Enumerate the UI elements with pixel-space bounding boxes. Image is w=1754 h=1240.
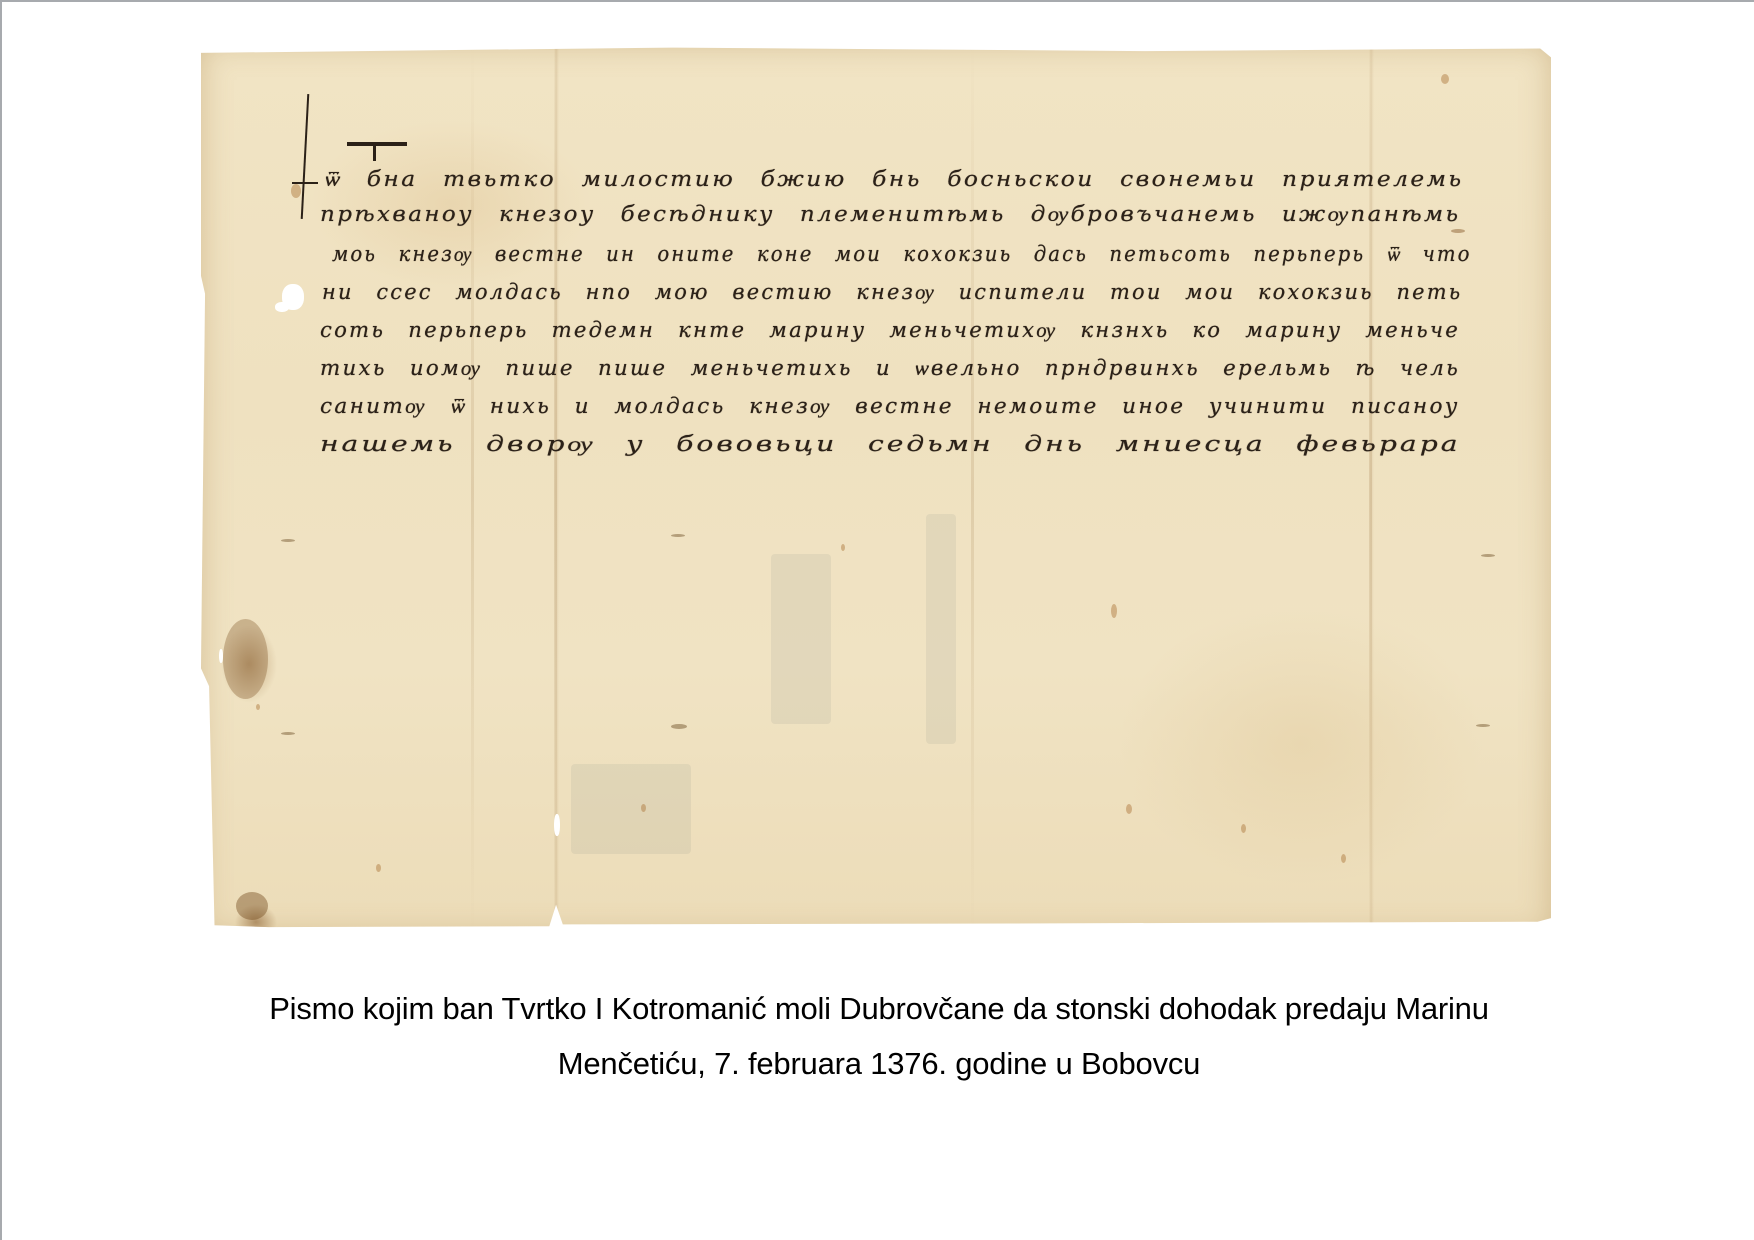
- caption-line-1: Pismo kojim ban Tvrtko I Kotromanić moli…: [2, 991, 1754, 1027]
- fleck: [1476, 724, 1490, 727]
- fleck: [641, 804, 646, 812]
- manuscript-line: нашемь дворѹ у бововьци седьмн днь мниес…: [320, 432, 1461, 457]
- fleck: [281, 732, 295, 735]
- parchment-hole: [275, 302, 289, 312]
- fleck: [376, 864, 381, 872]
- fleck: [1126, 804, 1132, 814]
- parchment-hole: [219, 649, 223, 663]
- slide-page: ѿ бна твьтко милостию бжию бнь босньскои…: [0, 0, 1754, 1240]
- fleck: [671, 724, 687, 729]
- ink-bleed: [571, 764, 691, 854]
- fleck: [256, 704, 260, 710]
- parchment-hole: [554, 814, 560, 836]
- fleck: [1241, 824, 1246, 833]
- stain: [223, 619, 268, 699]
- manuscript-line: тихь иомѹ пише пише меньчетихь и ѡвельно…: [320, 356, 1460, 381]
- manuscript-line: прѣхваноу кнезоу бесѣднику племенитѣмь д…: [320, 202, 1460, 227]
- fleck: [1111, 604, 1117, 618]
- fleck: [1441, 74, 1449, 84]
- stain: [236, 892, 268, 920]
- fleck: [1451, 229, 1465, 233]
- manuscript-line: ѿ бна твьтко милостию бжию бнь босньскои…: [324, 167, 1464, 192]
- manuscript-line: моь кнезѹ вестне ин оните коне мои кохок…: [332, 242, 1472, 267]
- ink-bleed: [771, 554, 831, 724]
- initial-titlo-ornament: [347, 142, 407, 146]
- manuscript-line: санитѹ ѿ нихь и молдась кнезѹ вестне нем…: [320, 394, 1460, 419]
- ink-bleed: [926, 514, 956, 744]
- manuscript-line: ни ссес молдась нпо мою вестию кнезѹ исп…: [322, 280, 1462, 305]
- caption-line-2: Menčetiću, 7. februara 1376. godine u Bo…: [2, 1046, 1754, 1082]
- fleck: [761, 944, 765, 950]
- fleck: [1341, 854, 1346, 863]
- manuscript-line: соть перьперь тедемн кнте марину меньчет…: [320, 318, 1460, 343]
- fleck: [281, 539, 295, 542]
- fleck: [1481, 554, 1495, 557]
- initial-cross-ornament: [292, 94, 320, 224]
- fleck: [671, 534, 685, 537]
- fleck: [841, 544, 845, 551]
